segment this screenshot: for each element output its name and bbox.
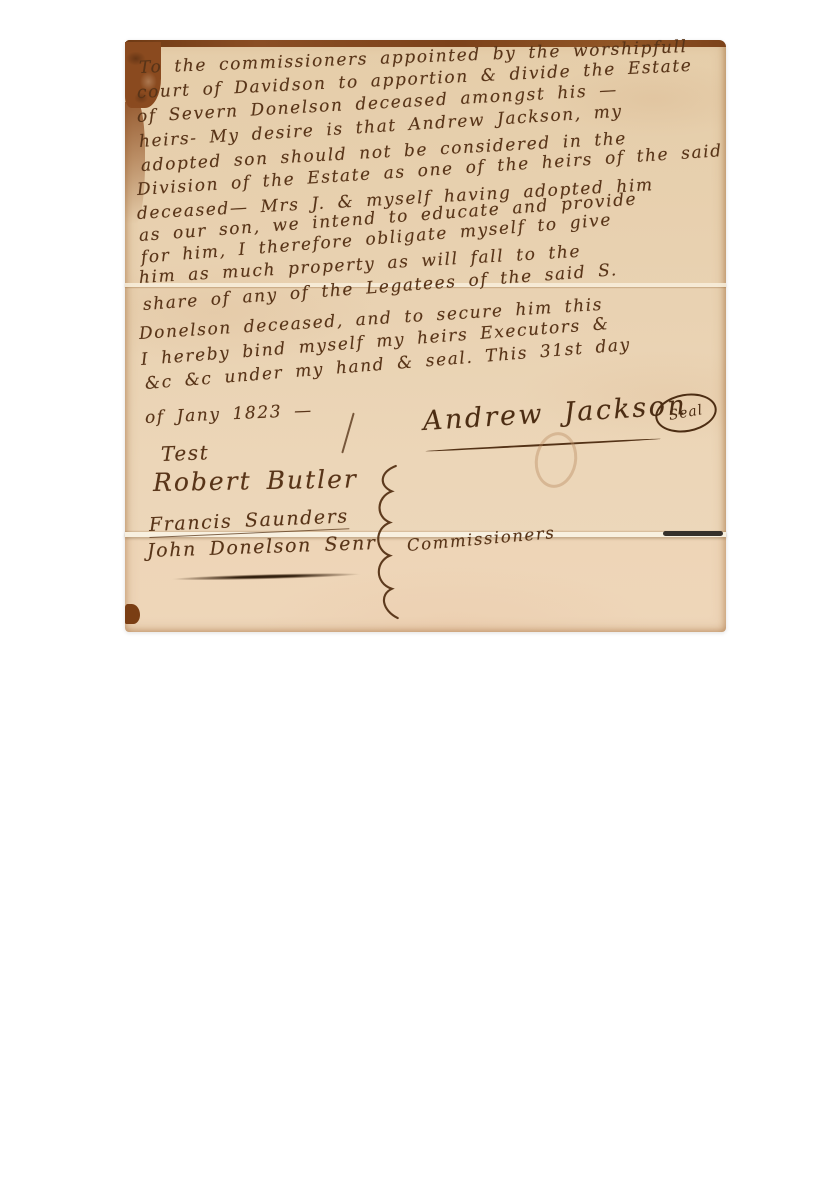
attest-label: Test [161, 440, 210, 466]
ink-ghost-mark [530, 429, 581, 491]
page: To the commissioners appointed by the wo… [0, 0, 819, 1197]
bottom-left-stain [125, 604, 140, 624]
signature-robert-butler: Robert Butler [153, 464, 358, 497]
fold-tear-slit [663, 531, 723, 536]
manuscript-page: To the commissioners appointed by the wo… [125, 40, 726, 632]
brace-squiggle [369, 464, 405, 620]
signature-andrew-jackson: Andrew Jackson [422, 390, 688, 437]
manuscript-line: of Jany 1823 — [145, 401, 314, 428]
seal-label: Seal [668, 402, 705, 424]
pen-flourish [341, 413, 354, 454]
